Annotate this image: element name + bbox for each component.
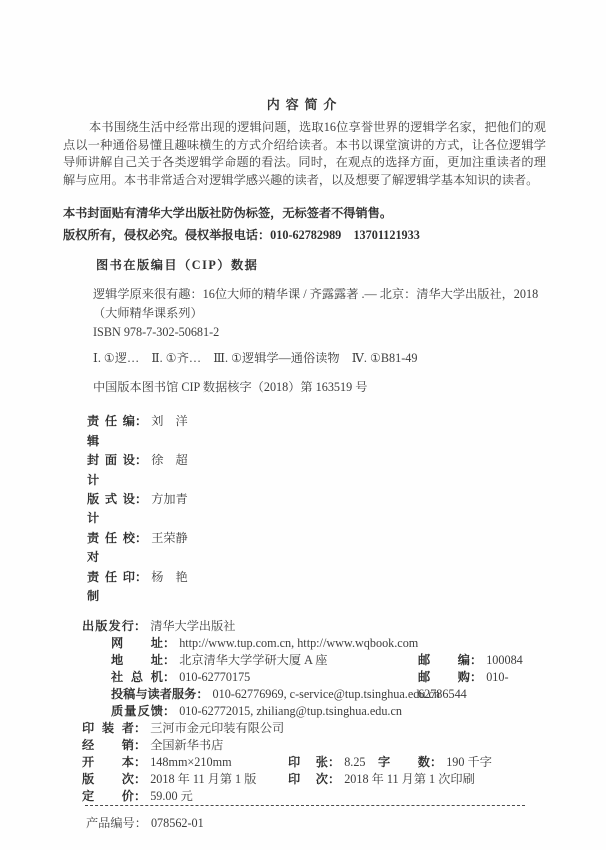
credit-label: 版式设计	[87, 490, 135, 529]
credit-label: 责任印制	[87, 568, 135, 607]
colon: ：	[430, 755, 442, 769]
field-value: 三河市金元印装有限公司	[150, 721, 284, 735]
colon: ：	[470, 653, 482, 667]
imprint-row-price: 定价：59.00 元	[82, 788, 546, 805]
copyright-page: 内容简介 本书围绕生活中经常出现的逻辑问题，选取16位享誉世界的逻辑学名家，把他…	[0, 0, 606, 850]
field-label: 网址	[111, 635, 163, 652]
field-label: 投稿与读者服务	[111, 686, 196, 703]
field-value: 010-62770175	[179, 670, 250, 684]
colon: ：	[135, 531, 147, 545]
cip-block: 逻辑学原来很有趣：16位大师的精华课 / 齐露露著 .— 北京：清华大学出版社，…	[93, 285, 546, 341]
colon: ：	[134, 619, 146, 633]
credit-value: 方加青	[151, 492, 188, 506]
imprint-row-website: 网址：http://www.tup.com.cn, http://www.wqb…	[111, 635, 546, 652]
field-label: 经销	[82, 737, 134, 754]
imprint-block: 出版发行：清华大学出版社 网址：http://www.tup.com.cn, h…	[82, 618, 546, 805]
credit-label: 责任编辑	[87, 412, 135, 451]
colon: ：	[163, 636, 175, 650]
colon: ：	[196, 687, 208, 701]
colon: ：	[163, 653, 175, 667]
cip-record-number: 中国版本图书馆 CIP 数据核字（2018）第 163519 号	[93, 378, 546, 397]
field-label: 印装者	[82, 720, 134, 737]
cip-heading: 图书在版编目（CIP）数据	[96, 257, 546, 274]
field-value: 010-62772015, zhiliang@tup.tsinghua.edu.…	[179, 704, 402, 718]
colon: ：	[135, 492, 147, 506]
field-value: 59.00 元	[150, 789, 193, 803]
field-label: 印次	[288, 771, 328, 788]
colon: ：	[134, 772, 146, 786]
field-label: 出版发行	[82, 618, 134, 635]
field-value: 2018 年 11 月第 1 版	[150, 772, 256, 786]
copyright-notice: 版权所有，侵权必究。侵权举报电话：010-62782989 1370112193…	[63, 227, 546, 244]
imprint-postcode: 邮编：100084	[418, 652, 523, 669]
credit-label: 责任校对	[87, 529, 135, 568]
field-label: 质量反馈	[111, 703, 163, 720]
colon: ：	[134, 755, 146, 769]
credit-value: 杨 艳	[151, 570, 188, 584]
colon: ：	[135, 816, 147, 830]
imprint-row-distributor: 经销：全国新华书店	[82, 737, 546, 754]
imprint-row-printer: 印装者：三河市金元印装有限公司	[82, 720, 546, 737]
product-number-value: 078562-01	[151, 816, 204, 830]
field-label: 印张	[288, 754, 328, 771]
colon: ：	[328, 772, 340, 786]
cip-isbn: ISBN 978-7-302-50681-2	[93, 323, 546, 342]
field-label: 开本	[82, 754, 134, 771]
credit-row-editor: 责任编辑：刘 洋	[87, 412, 546, 451]
colon: ：	[470, 670, 482, 684]
anti-counterfeit-notice: 本书封面贴有清华大学出版社防伪标签，无标签者不得销售。	[63, 205, 546, 222]
cip-series-line: （大师精华课系列）	[93, 304, 546, 323]
imprint-sheets: 印张：8.25	[288, 754, 366, 771]
content-intro-paragraph: 本书围绕生活中经常出现的逻辑问题，选取16位享誉世界的逻辑学名家，把他们的观点以…	[63, 119, 546, 189]
credit-row-proofreader: 责任校对：王荣静	[87, 529, 546, 568]
imprint-row-format: 开本：148mm×210mm 印张：8.25 字数：190 千字	[82, 754, 546, 771]
colon: ：	[163, 670, 175, 684]
dashed-divider	[85, 805, 525, 806]
field-label: 邮编	[418, 652, 470, 669]
credit-row-layout-design: 版式设计：方加青	[87, 490, 546, 529]
imprint-row-reader-service: 投稿与读者服务：010-62776969, c-service@tup.tsin…	[111, 686, 546, 703]
colon: ：	[163, 704, 175, 718]
field-value: 北京清华大学学研大厦 A 座	[179, 653, 327, 667]
credit-row-cover-design: 封面设计：徐 超	[87, 451, 546, 490]
field-value: 8.25	[344, 755, 365, 769]
colon: ：	[135, 414, 147, 428]
field-label: 版次	[82, 771, 134, 788]
field-value: 010-62776969, c-service@tup.tsinghua.edu…	[213, 687, 441, 701]
field-label: 邮购	[418, 669, 470, 686]
imprint-row-edition: 版次：2018 年 11 月第 1 版 印次：2018 年 11 月第 1 次印…	[82, 771, 546, 788]
colon: ：	[134, 721, 146, 735]
imprint-row-address: 地址：北京清华大学学研大厦 A 座 邮编：100084	[111, 652, 546, 669]
field-value: 2018 年 11 月第 1 次印刷	[344, 772, 475, 786]
product-number-label: 产品编号	[86, 816, 135, 830]
imprint-word-count: 字数：190 千字	[378, 754, 492, 771]
cip-classification: Ⅰ. ①逻… Ⅱ. ①齐… Ⅲ. ①逻辑学—通俗读物 Ⅳ. ①B81-49	[93, 349, 546, 368]
cip-title-line: 逻辑学原来很有趣：16位大师的精华课 / 齐露露著 .— 北京：清华大学出版社，…	[93, 285, 546, 304]
website-url: http://www.tup.com.cn, http://www.wqbook…	[179, 636, 418, 650]
field-value: 148mm×210mm	[150, 755, 231, 769]
imprint-printing: 印次：2018 年 11 月第 1 次印刷	[288, 771, 475, 788]
field-label: 社总机	[111, 669, 163, 686]
imprint-row-publisher: 出版发行：清华大学出版社	[82, 618, 546, 635]
imprint-row-quality-feedback: 质量反馈：010-62772015, zhiliang@tup.tsinghua…	[111, 703, 546, 720]
colon: ：	[134, 789, 146, 803]
colon: ：	[328, 755, 340, 769]
field-label: 地址	[111, 652, 163, 669]
credit-label: 封面设计	[87, 451, 135, 490]
staff-credits: 责任编辑：刘 洋 封面设计：徐 超 版式设计：方加青 责任校对：王荣静 责任印制…	[87, 412, 546, 606]
field-value: 100084	[486, 653, 523, 667]
content-intro-heading: 内容简介	[63, 97, 546, 113]
credit-row-print-supervisor: 责任印制：杨 艳	[87, 568, 546, 607]
field-label: 字数	[378, 754, 430, 771]
imprint-row-switchboard: 社总机：010-62770175 邮购：010-62786544	[111, 669, 546, 686]
colon: ：	[134, 738, 146, 752]
credit-value: 刘 洋	[151, 414, 188, 428]
field-label: 定价	[82, 788, 134, 805]
colon: ：	[135, 570, 147, 584]
product-number-row: 产品编号：078562-01	[86, 815, 546, 832]
field-value: 190 千字	[446, 755, 492, 769]
field-value: 清华大学出版社	[150, 619, 235, 633]
colon: ：	[135, 453, 147, 467]
credit-value: 徐 超	[151, 453, 188, 467]
credit-value: 王荣静	[151, 531, 188, 545]
field-value: 全国新华书店	[150, 738, 223, 752]
